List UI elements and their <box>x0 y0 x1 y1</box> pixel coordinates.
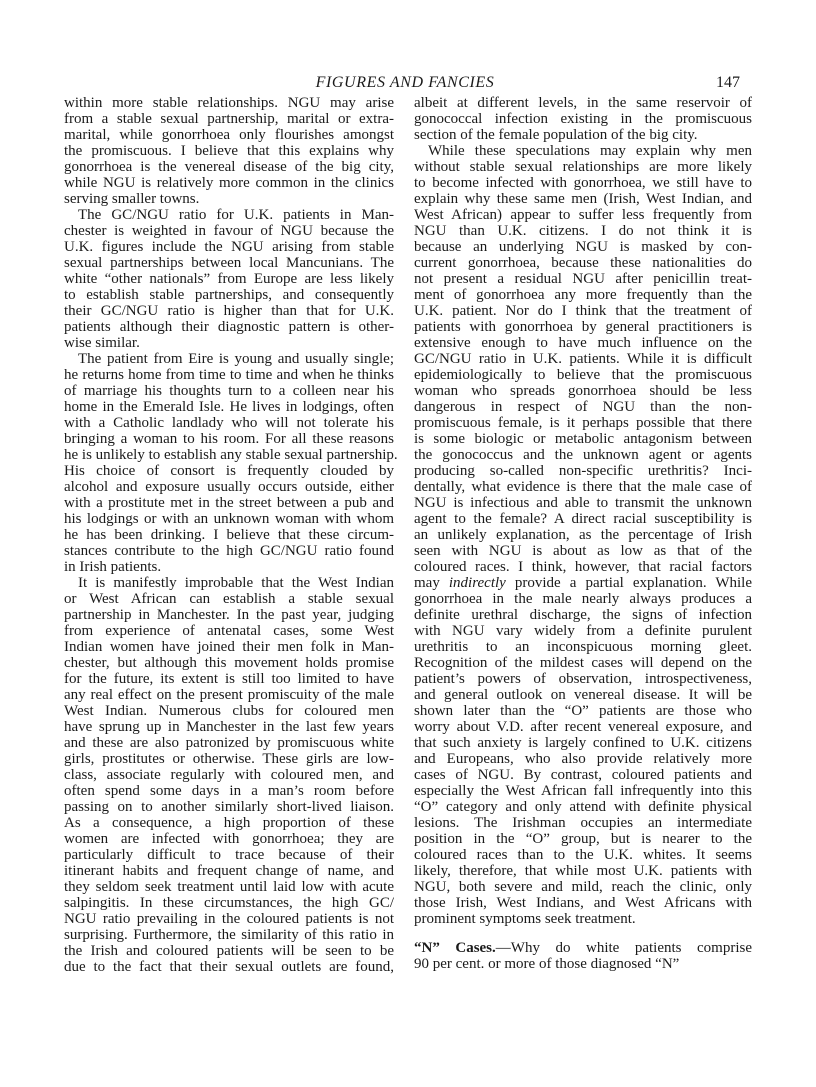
text-line: NGU than U.K. citizens. I do not think i… <box>414 223 752 239</box>
text-line: the gonococcus and the unknown agent or … <box>414 447 752 463</box>
running-title: FIGURES AND FANCIES <box>300 74 510 92</box>
text-line: coloured races. I think, however, that r… <box>414 559 752 575</box>
paragraph-start: The patient from Eire is young and usual… <box>64 351 394 367</box>
paragraph-start: While these speculations may explain why… <box>414 143 752 159</box>
text-line: particularly difficult to trace because … <box>64 847 394 863</box>
text-line: not present a residual NGU after penicil… <box>414 271 752 287</box>
text-line: As a consequence, a high proportion of t… <box>64 815 394 831</box>
text-line: class, associate regularly with coloured… <box>64 767 394 783</box>
text-line: their GC/NGU ratio is higher than that f… <box>64 303 394 319</box>
section-heading-line: “N” Cases.—Why do white patients compris… <box>414 940 752 956</box>
text-line: dangerous in respect of NGU than the non… <box>414 399 752 415</box>
text-line: likely, therefore, that while most U.K. … <box>414 863 752 879</box>
text-line: without stable sexual relationships are … <box>414 159 752 175</box>
text-line: is some biologic or metabolic antagonism… <box>414 431 752 447</box>
text-line: girls, prostitutes or otherwise. These g… <box>64 751 394 767</box>
text-line: itinerant habits and frequent change of … <box>64 863 394 879</box>
text-line: white “other nationals” from Europe are … <box>64 271 394 287</box>
text-line: patients although their diagnostic patte… <box>64 319 394 335</box>
right-column: albeit at different levels, in the same … <box>414 95 752 972</box>
text-line: urethritis to an inconspicuous morning g… <box>414 639 752 655</box>
text-line: he returns home from time to time and wh… <box>64 367 394 383</box>
text-line: the Irish and coloured patients will be … <box>64 943 394 959</box>
text-line: to establish stable partnerships, and co… <box>64 287 394 303</box>
text-line: and Europeans, who also provide relative… <box>414 751 752 767</box>
text-line: that such anxiety is largely confined to… <box>414 735 752 751</box>
text-fragment: —Why do white patients comprise <box>496 940 752 956</box>
text-line: for the future, its extent is still too … <box>64 671 394 687</box>
text-line: alcohol and exposure usually occurs outs… <box>64 479 394 495</box>
section-gap <box>414 927 752 940</box>
text-line: bringing a woman to his room. For all th… <box>64 431 394 447</box>
text-line: ment of gonorrhoea any more frequently t… <box>414 287 752 303</box>
text-line: Indian women have joined their men folk … <box>64 639 394 655</box>
text-line: partnership in Manchester. In the past y… <box>64 607 394 623</box>
text-line: stances contribute to the high GC/NGU ra… <box>64 543 394 559</box>
text-line: due to the fact that their sexual outlet… <box>64 959 394 975</box>
text-line: surprising. Furthermore, the similarity … <box>64 927 394 943</box>
text-line: have sprung up in Manchester in the last… <box>64 719 394 735</box>
text-line: or West African can establish a stable s… <box>64 591 394 607</box>
text-line: while NGU is relatively more common in t… <box>64 175 394 191</box>
page-number: 147 <box>716 74 740 92</box>
text-line: those Irish, West Indians, and West Afri… <box>414 895 752 911</box>
text-line: NGU, both severe and mild, reach the cli… <box>414 879 752 895</box>
text-line: and general outlook on venereal disease.… <box>414 687 752 703</box>
text-line: with NGU vary widely from a definite pur… <box>414 623 752 639</box>
text-line: worry about V.D. after recent venereal e… <box>414 719 752 735</box>
text-line: West African) appear to suffer less freq… <box>414 207 752 223</box>
text-line: patient’s powers of observation, introsp… <box>414 671 752 687</box>
text-line: definite urethral discharge, the signs o… <box>414 607 752 623</box>
text-line: NGU ratio prevailing in the coloured pat… <box>64 911 394 927</box>
text-line: shown later than the “O” patients are th… <box>414 703 752 719</box>
text-line: they seldom seek treatment until laid lo… <box>64 879 394 895</box>
text-line: any real effect on the present promiscui… <box>64 687 394 703</box>
text-line: often spend some days in a man’s room be… <box>64 783 394 799</box>
text-line: agent to the female? A direct racial sus… <box>414 511 752 527</box>
text-line: in Irish patients. <box>64 559 394 575</box>
text-line: he has been drinking. I believe that the… <box>64 527 394 543</box>
text-line: sexual partnerships between local Mancun… <box>64 255 394 271</box>
text-line: wise similar. <box>64 335 394 351</box>
text-line: extensive enough to have much influence … <box>414 335 752 351</box>
left-column: within more stable relationships. NGU ma… <box>64 95 394 975</box>
text-line: U.K. patient. Nor do I think that the tr… <box>414 303 752 319</box>
text-line: explain why these same men (Irish, West … <box>414 191 752 207</box>
text-line: NGU is infectious and able to transmit t… <box>414 495 752 511</box>
text-line: especially the West African fall infrequ… <box>414 783 752 799</box>
text-fragment: provide a partial explanation. While <box>506 575 752 591</box>
text-line: serving smaller towns. <box>64 191 394 207</box>
paragraph-start: The GC/NGU ratio for U.K. patients in Ma… <box>64 207 394 223</box>
text-line: promiscuous female, is it perhaps possib… <box>414 415 752 431</box>
text-line: the promiscuous. I believe that this exp… <box>64 143 394 159</box>
text-line: he is unlikely to establish any stable s… <box>64 447 394 463</box>
paragraph-start: It is manifestly improbable that the Wes… <box>64 575 394 591</box>
text-line: U.K. figures include the NGU arising fro… <box>64 239 394 255</box>
text-line: gonococcal infection existing in the pro… <box>414 111 752 127</box>
text-line: passing on to another similarly short-li… <box>64 799 394 815</box>
section-heading: “N” Cases. <box>414 940 496 956</box>
text-line: GC/NGU ratio in U.K. patients. While it … <box>414 351 752 367</box>
text-line: from a stable sexual partnership, marita… <box>64 111 394 127</box>
text-line-with-emphasis: may indirectly provide a partial explana… <box>414 575 752 591</box>
text-line: chester is weighted in favour of NGU bec… <box>64 223 394 239</box>
text-line: marital, while gonorrhoea only flourishe… <box>64 127 394 143</box>
text-line: salpingitis. In these circumstances, the… <box>64 895 394 911</box>
text-line: within more stable relationships. NGU ma… <box>64 95 394 111</box>
text-line: with a Catholic landlady who will not to… <box>64 415 394 431</box>
text-line: epidemiologically to believe that the pr… <box>414 367 752 383</box>
text-line: coloured races than to the U.K. whites. … <box>414 847 752 863</box>
text-line: home in the Emerald Isle. He lives in lo… <box>64 399 394 415</box>
text-line: albeit at different levels, in the same … <box>414 95 752 111</box>
text-line: 90 per cent. or more of those diagnosed … <box>414 956 752 972</box>
text-line: cases of NGU. By contrast, coloured pati… <box>414 767 752 783</box>
emphasized-word: indirectly <box>449 575 506 591</box>
text-line: patients with gonorrhoea by general prac… <box>414 319 752 335</box>
text-line: because an underlying NGU is masked by c… <box>414 239 752 255</box>
text-line: lesions. The Irishman occupies an interm… <box>414 815 752 831</box>
text-line: women are infected with gonorrhoea; they… <box>64 831 394 847</box>
text-line: Recognition of the mildest cases will de… <box>414 655 752 671</box>
text-line: and these are also patronized by promisc… <box>64 735 394 751</box>
text-line: producing so-called non-specific urethri… <box>414 463 752 479</box>
text-line: woman who spreads gonorrhoea should be l… <box>414 383 752 399</box>
text-line: with a prostitute met in the street betw… <box>64 495 394 511</box>
text-line: from experience of antenatal cases, some… <box>64 623 394 639</box>
text-line: section of the female population of the … <box>414 127 752 143</box>
text-line: to become infected with gonorrhoea, we s… <box>414 175 752 191</box>
running-head: FIGURES AND FANCIES 147 <box>0 72 816 94</box>
text-line: of marriage his thoughts turn to a colle… <box>64 383 394 399</box>
text-line: West Indian. Numerous clubs for coloured… <box>64 703 394 719</box>
text-line: gonorrhoea in the male nearly always pro… <box>414 591 752 607</box>
text-line: current gonorrhoea, because these nation… <box>414 255 752 271</box>
text-line: “O” category and only attend with defini… <box>414 799 752 815</box>
text-line: gonorrhoea is the venereal disease of th… <box>64 159 394 175</box>
text-line: his lodgings or with an unknown woman wi… <box>64 511 394 527</box>
text-line: prominent symptoms seek treatment. <box>414 911 752 927</box>
text-line: His choice of consort is frequently clou… <box>64 463 394 479</box>
text-line: an unlikely explanation, as the percenta… <box>414 527 752 543</box>
text-line: dentally, what evidence is there that th… <box>414 479 752 495</box>
text-line: position in the “O” group, but is nearer… <box>414 831 752 847</box>
text-line: chester, but although this movement hold… <box>64 655 394 671</box>
text-line: seen with NGU is about as low as that of… <box>414 543 752 559</box>
text-fragment: may <box>414 575 449 591</box>
